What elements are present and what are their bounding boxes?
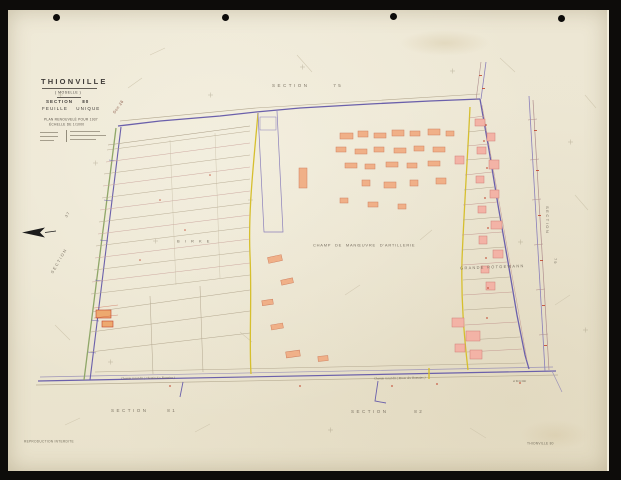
imprint-left: REPRODUCTION INTERDITE <box>24 440 74 444</box>
farm-cluster <box>94 305 118 327</box>
left-strip-parcels <box>90 126 250 374</box>
feuille-title: FEUILLE UNIQUE <box>42 106 100 111</box>
cadastral-map <box>0 0 621 480</box>
north-arrow-icon <box>22 228 56 238</box>
legend-brace <box>66 130 67 142</box>
scanned-cadastral-sheet: THIONVILLE ( MOSELLE ) SECTION 80 FEUILL… <box>0 0 621 480</box>
departement-subtitle: ( MOSELLE ) <box>55 91 81 95</box>
section-title: SECTION 80 <box>46 99 89 104</box>
title-underline <box>42 88 97 89</box>
plan-note: PLAN RENOUVELÉ POUR 1937 <box>44 118 98 122</box>
neighbor-section-right-num: 79 <box>553 258 558 264</box>
bottom-road <box>36 367 562 403</box>
neighbor-section-bottom-right: SECTION 82 <box>351 409 424 414</box>
scale-note: ÉCHELLE DE 1/1000 <box>49 123 84 127</box>
place-label-champ: CHAMP DE MANŒUVRE D'ARTILLERIE <box>313 243 415 248</box>
neighbor-section-bottom-left: SECTION 81 <box>111 408 177 413</box>
center-narrow-parcel <box>258 111 283 232</box>
road-direction-label: à Terville <box>513 379 526 383</box>
place-label-birke: B I R K E <box>177 239 211 244</box>
right-strip-parcels <box>462 116 522 352</box>
commune-title: THIONVILLE <box>41 77 108 86</box>
subtitle-rule <box>57 97 81 98</box>
red-parcel-marks <box>139 75 547 387</box>
imprint-right: THIONVILLE 80 <box>527 442 554 446</box>
neighbor-section-right-word: SECTION <box>545 206 550 234</box>
neighbor-section-top: SECTION 75 <box>272 83 343 88</box>
left-road <box>84 127 121 380</box>
